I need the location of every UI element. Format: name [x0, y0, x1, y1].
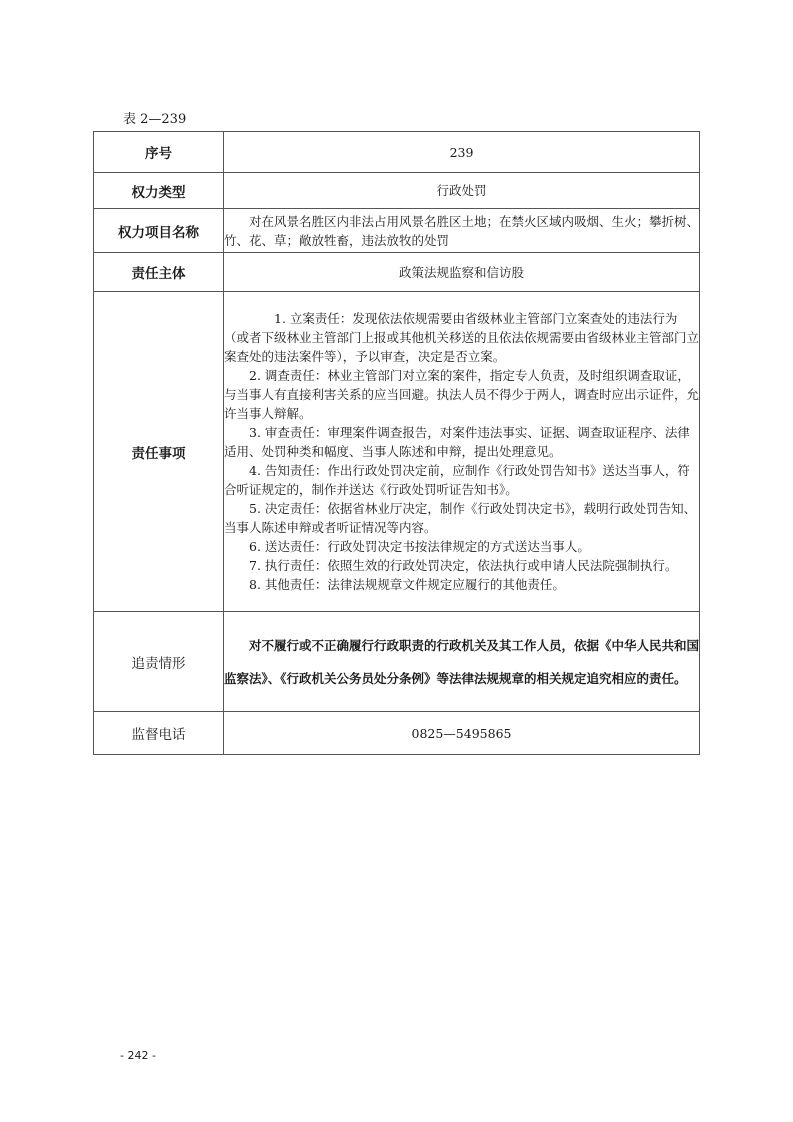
table-row: 监督电话 0825—5495865: [94, 712, 700, 755]
item-name-value: 对在风景名胜区内非法占用风景名胜区土地；在禁火区域内吸烟、生火；攀折树、竹、花、…: [224, 209, 700, 253]
subject-label: 责任主体: [94, 253, 224, 292]
table-row: 序号 239: [94, 132, 700, 173]
table-caption: 表 2—239: [123, 108, 186, 127]
phone-value: 0825—5495865: [224, 712, 700, 755]
item-name-text: 对在风景名胜区内非法占用风景名胜区土地；在禁火区域内吸烟、生火；攀折树、竹、花、…: [224, 212, 699, 250]
page-number: - 242 -: [120, 1049, 156, 1062]
responsibilities-value: 1. 立案责任：发现依法依规需要由省级林业主管部门立案查处的违法行为（或者下级林…: [224, 292, 700, 612]
responsibility-item: 3. 审查责任：审理案件调查报告，对案件违法事实、证据、调查取证程序、法律适用、…: [224, 423, 699, 461]
responsibility-item: 7. 执行责任：依照生效的行政处罚决定，依法执行或申请人民法院强制执行。: [224, 556, 699, 575]
item-name-label: 权力项目名称: [94, 209, 224, 253]
table-row: 权力类型 行政处罚: [94, 173, 700, 209]
table-row: 责任事项 1. 立案责任：发现依法依规需要由省级林业主管部门立案查处的违法行为（…: [94, 292, 700, 612]
responsibility-item: 2. 调查责任：林业主管部门对立案的案件，指定专人负责，及时组织调查取证，与当事…: [224, 366, 699, 423]
table-row: 责任主体 政策法规监察和信访股: [94, 253, 700, 292]
responsibility-item: 5. 决定责任：依据省林业厅决定，制作《行政处罚决定书》，载明行政处罚告知、当事…: [224, 499, 699, 537]
serial-value: 239: [224, 132, 700, 173]
accountability-text: 对不履行或不正确履行行政职责的行政机关及其工作人员，依据《中华人民共和国监察法》…: [224, 629, 699, 695]
power-type-value: 行政处罚: [224, 173, 700, 209]
power-type-label: 权力类型: [94, 173, 224, 209]
table-row: 权力项目名称 对在风景名胜区内非法占用风景名胜区土地；在禁火区域内吸烟、生火；攀…: [94, 209, 700, 253]
responsibility-item: 1. 立案责任：发现依法依规需要由省级林业主管部门立案查处的违法行为（或者下级林…: [224, 309, 699, 366]
subject-value: 政策法规监察和信访股: [224, 253, 700, 292]
responsibility-item: 4. 告知责任：作出行政处罚决定前，应制作《行政处罚告知书》送达当事人，符合听证…: [224, 461, 699, 499]
power-item-table: 序号 239 权力类型 行政处罚 权力项目名称 对在风景名胜区内非法占用风景名胜…: [93, 131, 700, 755]
responsibilities-label: 责任事项: [94, 292, 224, 612]
phone-label: 监督电话: [94, 712, 224, 755]
responsibility-item: 8. 其他责任：法律法规规章文件规定应履行的其他责任。: [224, 575, 699, 594]
accountability-label: 追责情形: [94, 612, 224, 712]
accountability-value: 对不履行或不正确履行行政职责的行政机关及其工作人员，依据《中华人民共和国监察法》…: [224, 612, 700, 712]
serial-label: 序号: [94, 132, 224, 173]
table-row: 追责情形 对不履行或不正确履行行政职责的行政机关及其工作人员，依据《中华人民共和…: [94, 612, 700, 712]
responsibility-item: 6. 送达责任：行政处罚决定书按法律规定的方式送达当事人。: [224, 537, 699, 556]
